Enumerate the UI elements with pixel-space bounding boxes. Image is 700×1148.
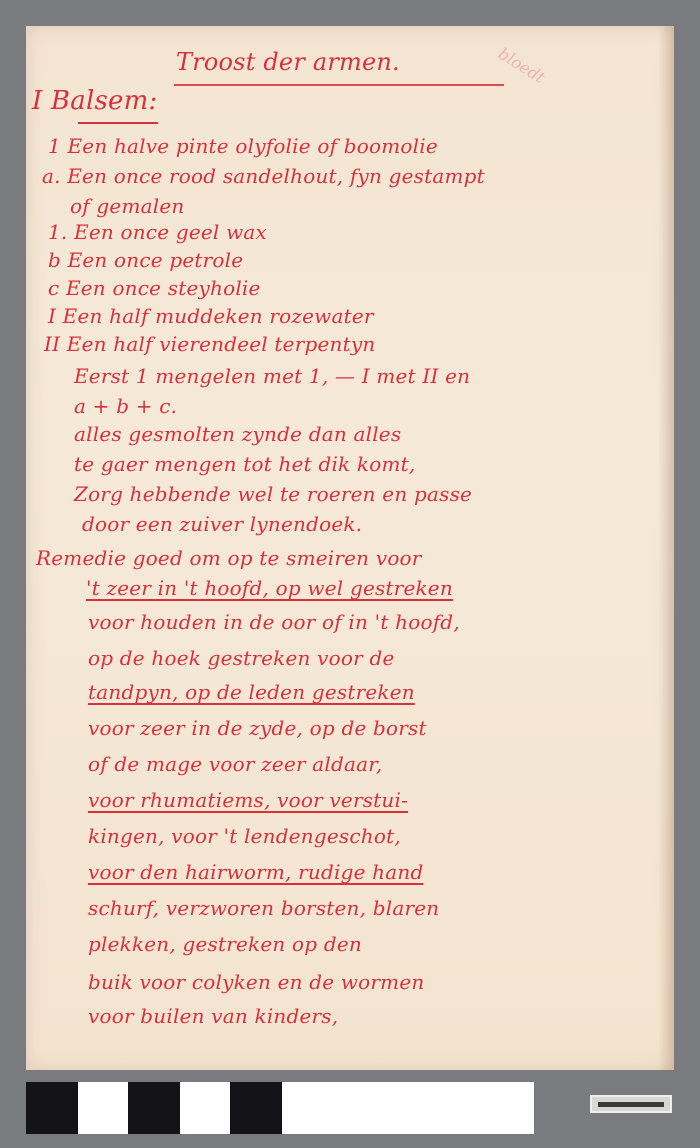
remedy-line: voor den hairworm, rudige hand <box>88 860 423 884</box>
scale-segment-black <box>230 1082 282 1134</box>
archive-label-barcode <box>598 1102 664 1107</box>
ingredient-text: of gemalen <box>70 194 184 218</box>
scale-segment-black <box>26 1082 78 1134</box>
ingredient-marker: a. <box>42 164 61 188</box>
ingredient-text: Een once petrole <box>68 248 244 272</box>
section-heading: I Balsem: <box>32 86 157 116</box>
ingredient-text: Een half vierendeel terpentyn <box>67 332 376 356</box>
ingredient-item: 1. Een once geel wax <box>48 220 267 244</box>
ingredient-item: a. Een once rood sandelhout, fyn gestamp… <box>42 164 485 188</box>
ingredient-item: II Een half vierendeel terpentyn <box>44 332 375 356</box>
section-underline <box>78 122 158 124</box>
color-calibration-scale <box>26 1082 534 1134</box>
scale-segment-white <box>180 1082 230 1134</box>
scale-segment-white <box>78 1082 128 1134</box>
instruction-line: a + b + c. <box>74 394 177 418</box>
remedy-line: kingen, voor 't lendengeschot, <box>88 824 401 848</box>
scale-segment-black <box>128 1082 180 1134</box>
remedy-line: buik voor colyken en de wormen <box>88 970 424 994</box>
ingredient-marker: b <box>48 248 61 272</box>
ingredient-item: I Een half muddeken rozewater <box>48 304 374 328</box>
faded-margin-note: bloedt <box>495 44 548 87</box>
remedy-line: voor houden in de oor of in 't hoofd, <box>88 610 460 634</box>
instruction-line: te gaer mengen tot het dik komt, <box>74 452 415 476</box>
ingredient-marker: 1. <box>48 220 67 244</box>
ingredient-text: Een once steyholie <box>66 276 261 300</box>
ingredient-text: Een half muddeken rozewater <box>63 304 374 328</box>
instruction-line: alles gesmolten zynde dan alles <box>74 422 401 446</box>
remedy-line: plekken, gestreken op den <box>88 932 362 956</box>
ingredient-text: Een once rood sandelhout, fyn gestampt <box>67 164 485 188</box>
title-underline <box>174 84 504 86</box>
remedy-line: tandpyn, op de leden gestreken <box>88 680 415 704</box>
ingredient-item: b Een once petrole <box>48 248 243 272</box>
ingredient-item: 1 Een halve pinte olyfolie of boomolie <box>48 134 438 158</box>
document-title: Troost der armen. <box>176 48 400 76</box>
ingredient-marker: 1 <box>48 134 61 158</box>
ingredient-item: of gemalen <box>70 194 184 218</box>
archive-label <box>590 1095 672 1113</box>
instruction-line: door een zuiver lynendoek. <box>82 512 362 536</box>
remedy-line: 't zeer in 't hoofd, op wel gestreken <box>86 576 453 600</box>
manuscript-page: bloedt Troost der armen. I Balsem: 1 Een… <box>26 26 674 1070</box>
ingredient-item: c Een once steyholie <box>48 276 261 300</box>
remedy-line: schurf, verzworen borsten, blaren <box>88 896 439 920</box>
remedy-line: voor zeer in de zyde, op de borst <box>88 716 427 740</box>
remedy-line: op de hoek gestreken voor de <box>88 646 395 670</box>
instruction-line: Zorg hebbende wel te roeren en passe <box>74 482 472 506</box>
remedy-line: voor builen van kinders, <box>88 1004 338 1028</box>
remedy-line: voor rhumatiems, voor verstui- <box>88 788 408 812</box>
ingredient-text: Een halve pinte olyfolie of boomolie <box>68 134 438 158</box>
ingredient-marker: I <box>48 304 56 328</box>
ingredient-marker: c <box>48 276 59 300</box>
ingredient-text: Een once geel wax <box>74 220 267 244</box>
remedy-line: Remedie goed om op te smeiren voor <box>36 546 422 570</box>
instruction-line: Eerst 1 mengelen met 1, — I met II en <box>74 364 470 388</box>
scale-segment-white <box>282 1082 534 1134</box>
ingredient-marker: II <box>44 332 60 356</box>
remedy-line: of de mage voor zeer aldaar, <box>88 752 382 776</box>
